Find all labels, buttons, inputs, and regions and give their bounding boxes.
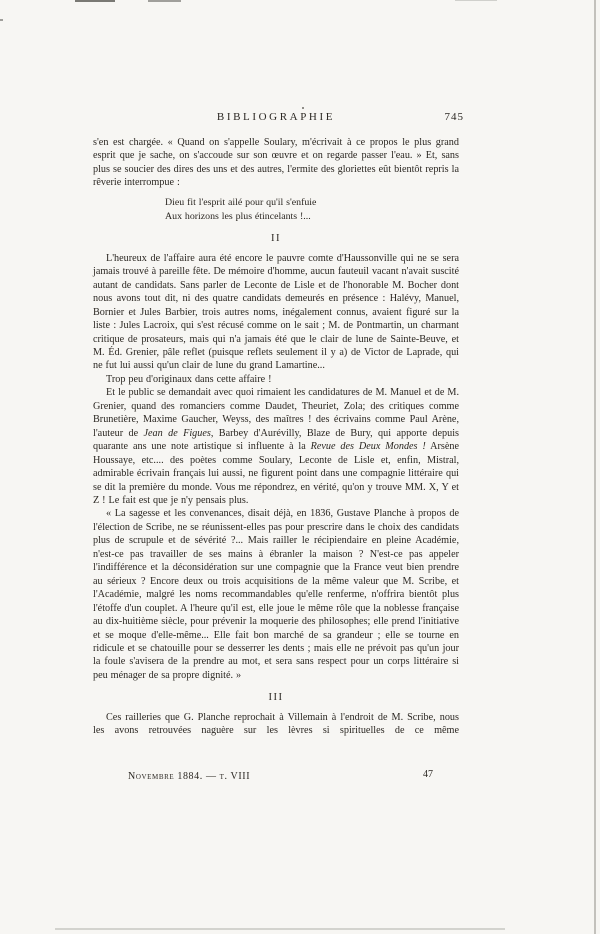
scan-artifact [148,0,181,2]
footer-date: Novembre 1884. — t. VIII [128,771,250,782]
verse-line: Aux horizons les plus étincelants !... [165,210,459,224]
paragraph: L'heureux de l'affaire aura été encore l… [93,252,459,373]
italic-text: Jean de Figues [144,428,211,439]
scan-artifact [455,0,497,1]
section-heading: II [93,232,459,245]
header-title: BIBLIOGRAPHIE [93,111,459,123]
section-heading: III [93,691,459,704]
footer-signature-number: 47 [423,769,433,780]
paragraph: « La sagesse et les convenances, disait … [93,507,459,682]
body-text: L'heureux de l'affaire aura été encore l… [93,253,459,372]
italic-text: Revue des Deux Mondes ! [311,441,426,452]
paragraph: Et le public se demandait avec quoi rima… [93,386,459,507]
scan-artifact [594,0,596,934]
text-body: s'en est chargée. « Quand on s'appelle S… [93,136,459,738]
running-header: BIBLIOGRAPHIE 745 [93,111,459,125]
paragraph: Ces railleries que G. Planche reprochait… [93,711,459,738]
body-text: s'en est chargée. « Quand on s'appelle S… [93,137,459,188]
scanned-page: BIBLIOGRAPHIE 745 s'en est chargée. « Qu… [0,0,600,934]
verse: Dieu fit l'esprit ailé pour qu'il s'enfu… [165,196,459,224]
scan-artifact [75,0,115,2]
scan-artifact [0,19,3,21]
body-text: Ces railleries que G. Planche reprochait… [93,712,459,736]
body-text: Trop peu d'originaux dans cette affaire … [106,374,272,385]
paragraph: Trop peu d'originaux dans cette affaire … [93,373,459,386]
header-page-number: 745 [445,111,465,123]
scan-artifact [302,107,304,109]
scan-artifact [55,928,505,930]
paragraph: s'en est chargée. « Quand on s'appelle S… [93,136,459,190]
body-text: « La sagesse et les convenances, disait … [93,508,459,680]
verse-line: Dieu fit l'esprit ailé pour qu'il s'enfu… [165,196,459,210]
